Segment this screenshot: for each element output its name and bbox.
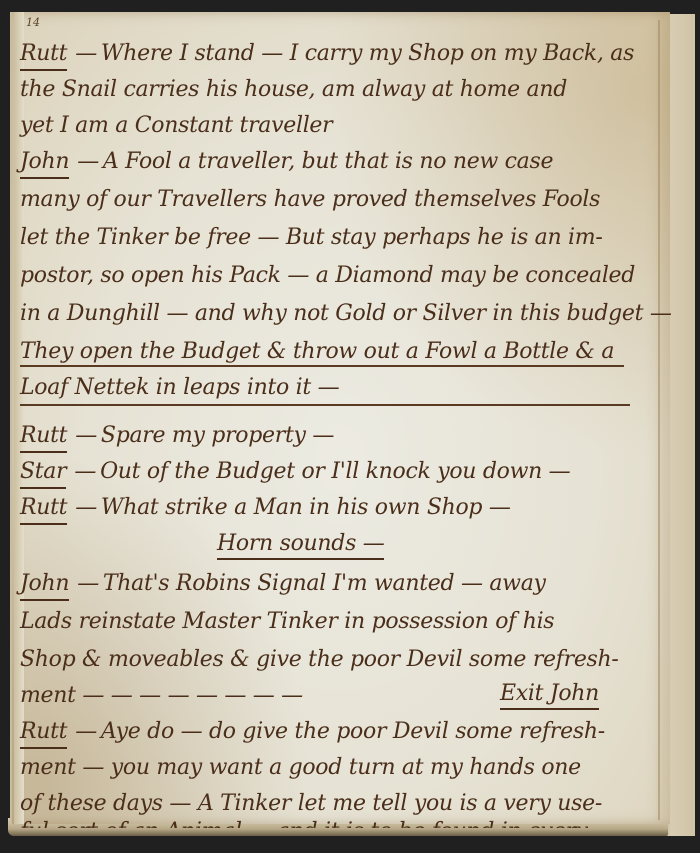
line-text: A Fool a traveller, but that is no new c…	[103, 149, 553, 174]
manuscript-line: Rutt—Where I stand — I carry my Shop on …	[20, 40, 634, 71]
folio-number: 14	[26, 16, 40, 29]
manuscript-line: the Snail carries his house, am alway at…	[20, 76, 567, 104]
line-text: Out of the Budget or I'll knock you down…	[100, 459, 570, 484]
stage-direction-line: They open the Budget & throw out a Fowl …	[20, 338, 614, 366]
line-text: the Snail carries his house, am alway at…	[20, 77, 567, 102]
speaker-name: Rutt	[20, 422, 67, 453]
stage-direction-text: Horn sounds —	[217, 530, 384, 560]
line-text: postor, so open his Pack — a Diamond may…	[20, 263, 635, 288]
line-text: ment — you may want a good turn at my ha…	[20, 755, 581, 780]
line-text: Shop & moveables & give the poor Devil s…	[20, 647, 619, 672]
stage-direction-text: Loaf Nettek in leaps into it —	[20, 375, 339, 400]
page-crease	[658, 20, 660, 820]
stage-direction-line: Loaf Nettek in leaps into it —	[20, 374, 339, 402]
manuscript-line: Rutt—What strike a Man in his own Shop —	[20, 494, 511, 525]
speaker-name: Rutt	[20, 494, 67, 525]
stage-direction-rule	[20, 404, 630, 406]
stage-direction-rule	[20, 365, 624, 367]
line-text: Spare my property —	[101, 423, 334, 448]
exit-text: Exit John	[500, 680, 599, 710]
line-text: let the Tinker be free — But stay perhap…	[20, 225, 602, 250]
manuscript-line: John—A Fool a traveller, but that is no …	[20, 148, 553, 179]
line-text: What strike a Man in his own Shop —	[101, 495, 511, 520]
stage-direction-text: They open the Budget & throw out a Fowl …	[20, 339, 614, 364]
manuscript-line: Shop & moveables & give the poor Devil s…	[20, 646, 619, 674]
manuscript-line: postor, so open his Pack — a Diamond may…	[20, 262, 635, 290]
speaker-name: Rutt	[20, 40, 67, 71]
manuscript-line: Star—Out of the Budget or I'll knock you…	[20, 458, 570, 489]
speaker-name: John	[20, 148, 69, 179]
line-text: ful sort of an Animal — and it is to be …	[20, 819, 588, 828]
line-text: Where I stand — I carry my Shop on my Ba…	[101, 41, 634, 66]
speaker-name: Star	[20, 458, 66, 489]
line-text: of these days — A Tinker let me tell you…	[20, 791, 602, 816]
manuscript-line: let the Tinker be free — But stay perhap…	[20, 224, 602, 252]
manuscript-line: in a Dunghill — and why not Gold or Silv…	[20, 300, 672, 328]
manuscript-line: of these days — A Tinker let me tell you…	[20, 790, 602, 818]
manuscript-line: ment — you may want a good turn at my ha…	[20, 754, 581, 782]
line-text: ment — — — — — — — —	[20, 683, 303, 708]
line-text: many of our Travellers have proved thems…	[20, 187, 600, 212]
speaker-name: John	[20, 570, 69, 601]
manuscript-line: Rutt—Spare my property —	[20, 422, 334, 453]
manuscript-line: Lads reinstate Master Tinker in possessi…	[20, 608, 554, 636]
line-text: in a Dunghill — and why not Gold or Silv…	[20, 301, 672, 326]
scan-background: 14 Rutt—Where I stand — I carry my Shop …	[0, 0, 700, 853]
manuscript-line: yet I am a Constant traveller	[20, 112, 332, 140]
manuscript-line: Rutt—Aye do — do give the poor Devil som…	[20, 718, 605, 749]
manuscript-line-cropped: ful sort of an Animal — and it is to be …	[20, 818, 588, 828]
manuscript-page: 14 Rutt—Where I stand — I carry my Shop …	[10, 12, 670, 824]
manuscript-line: John—That's Robins Signal I'm wanted — a…	[20, 570, 546, 601]
manuscript-line: ment — — — — — — — —	[20, 682, 303, 710]
exit-direction: Exit John	[500, 680, 599, 710]
manuscript-line: many of our Travellers have proved thems…	[20, 186, 600, 214]
line-text: Lads reinstate Master Tinker in possessi…	[20, 609, 554, 634]
stage-direction-line: Horn sounds —	[217, 530, 384, 560]
speaker-name: Rutt	[20, 718, 67, 749]
line-text: yet I am a Constant traveller	[20, 113, 332, 138]
line-text: Aye do — do give the poor Devil some ref…	[101, 719, 605, 744]
line-text: That's Robins Signal I'm wanted — away	[103, 571, 546, 596]
